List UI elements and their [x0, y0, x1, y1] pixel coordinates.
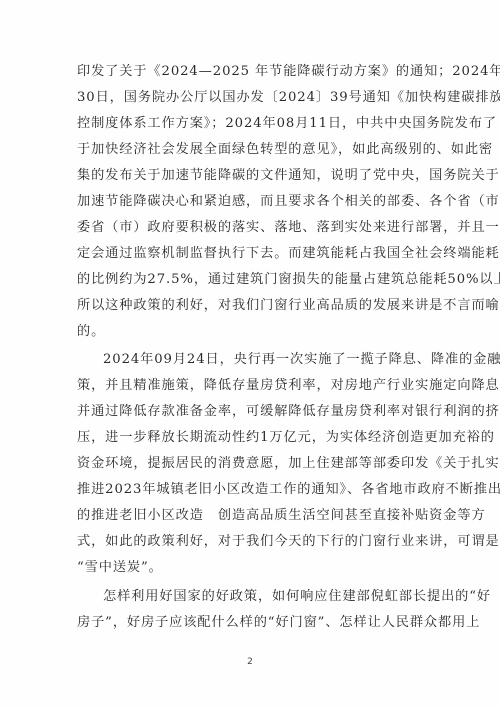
paragraph-3-line-1: 怎样利用好国家的好政策，如何响应住建部倪虹部长提出的“好 [103, 589, 429, 605]
paragraph-2-line-8: 式，如此的政策利好，对于我们今天的下行的门窗行业来讲，可谓是 [77, 534, 429, 550]
paragraph-1-line-9: 的比例约为27.5%，通过建筑门窗损失的能量占建筑总能耗50%以上， [77, 272, 429, 288]
document-page: 印发了关于《2024—2025 年节能降碳行动方案》的通知；2024年7月 30… [0, 0, 500, 707]
paragraph-2-line-5: 资金环境，提振居民的消费意愿，加上住建部等部委印发《关于扎实 [77, 456, 429, 472]
paragraph-2-line-9: “雪中送炭”。 [77, 560, 429, 576]
paragraph-2-line-7: 的推进老旧小区改造 创造高品质生活空间甚至直接补贴资金等方 [77, 508, 429, 524]
paragraph-1-line-5: 集的发布关于加速节能降碳的文件通知，说明了党中央，国务院关于 [77, 168, 429, 184]
paragraph-1-line-2: 30日，国务院办公厅以国办发〔2024〕39号通知《加快构建碳排放双 [77, 90, 429, 106]
paragraph-1-line-11: 的。 [77, 324, 429, 340]
paragraph-1-line-8: 定会通过监察机制监督执行下去。而建筑能耗占我国全社会终端能耗 [77, 246, 429, 262]
paragraph-2-line-3: 并通过降低存款准备金率，可缓解降低存量房贷利率对银行利润的挤 [77, 404, 429, 420]
page-number: 2 [0, 657, 500, 667]
paragraph-2-line-4: 压，进一步释放长期流动性约1万亿元，为实体经济创造更加充裕的 [77, 430, 429, 446]
paragraph-2-line-1: 2024年09月24日，央行再一次实施了一揽子降息、降准的金融政 [103, 352, 429, 368]
paragraph-2-line-6: 推进2023年城镇老旧小区改造工作的通知》、各省地市政府不断推出 [77, 482, 429, 498]
paragraph-1-line-7: 委省（市）政府要积极的落实、落地、落到实处来进行部署，并且一 [77, 220, 429, 236]
paragraph-1-line-3: 控制度体系工作方案》；2024年08月11日，中共中央国务院发布了《关 [77, 116, 429, 132]
paragraph-2-line-2: 策，并且精准施策，降低存量房贷利率，对房地产行业实施定向降息； [77, 378, 429, 394]
paragraph-1-line-1: 印发了关于《2024—2025 年节能降碳行动方案》的通知；2024年7月 [77, 64, 429, 80]
paragraph-1-line-4: 于加快经济社会发展全面绿色转型的意见》，如此高级别的、如此密 [77, 142, 429, 158]
paragraph-3-line-2: 房子”，好房子应该配什么样的“好门窗”、怎样让人民群众都用上 [77, 615, 429, 631]
paragraph-1-line-10: 所以这种政策的利好，对我们门窗行业高品质的发展来讲是不言而喻 [77, 298, 429, 314]
paragraph-1-line-6: 加速节能降碳决心和紧迫感，而且要求各个相关的部委、各个省（市） [77, 194, 429, 210]
